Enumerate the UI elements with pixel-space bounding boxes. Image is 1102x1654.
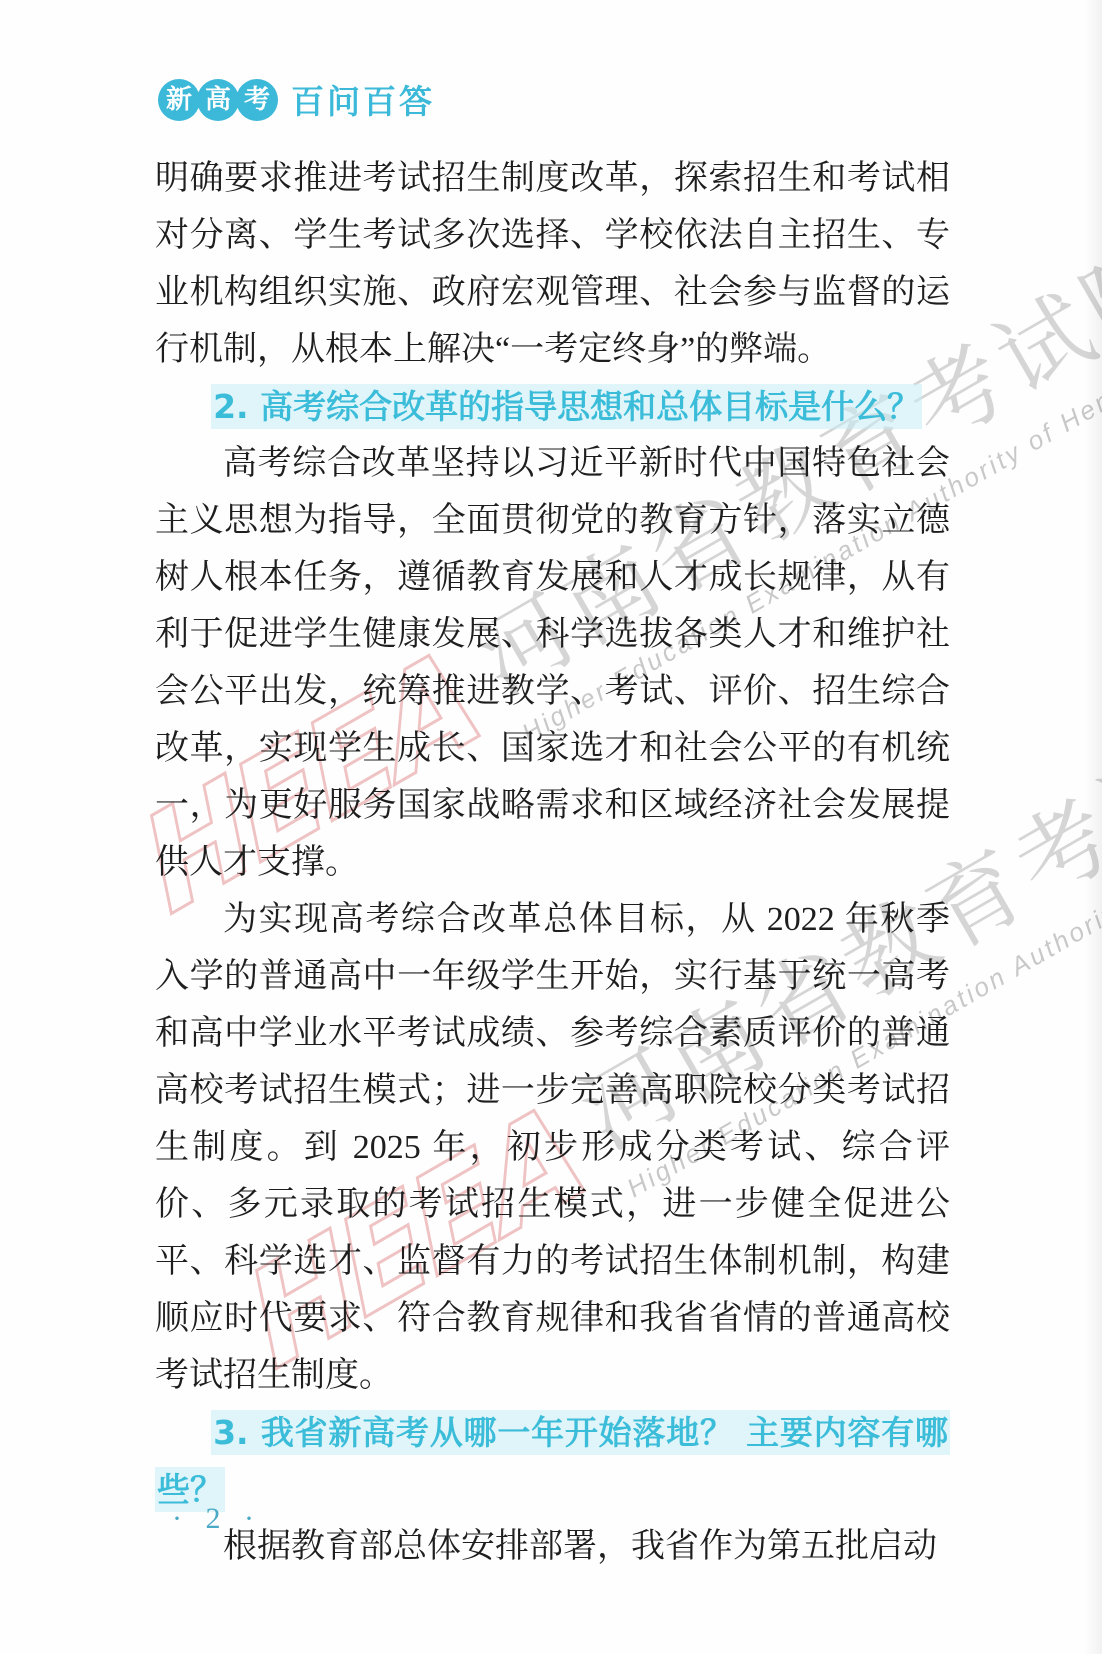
paragraph: 高考综合改革坚持以习近平新时代中国特色社会主义思想为指导，全面贯彻党的教育方针，…: [155, 435, 950, 891]
question-heading-3: 3. 我省新高考从哪一年开始落地？ 主要内容有哪些？: [155, 1404, 950, 1518]
series-title: 百问百答: [291, 76, 435, 123]
page-body: 明确要求推进考试招生制度改革，探索招生和考试相对分离、学生考试多次选择、学校依法…: [155, 150, 950, 1575]
page-number: · 2 ·: [172, 1502, 262, 1536]
paragraph-continued: 明确要求推进考试招生制度改革，探索招生和考试相对分离、学生考试多次选择、学校依法…: [155, 150, 950, 378]
book-page: HEEA 河南省教育考试院 Higher Education Examinati…: [0, 0, 1102, 1654]
logo-badge-kao: 考: [236, 79, 278, 121]
question-heading-2: 2. 高考综合改革的指导思想和总体目标是什么？: [155, 378, 950, 435]
question-heading-3-text: 3. 我省新高考从哪一年开始落地？ 主要内容有哪些？: [155, 1410, 950, 1512]
logo-badge-gao: 高: [197, 79, 239, 121]
paragraph: 根据教育部总体安排部署，我省作为第五批启动: [155, 1518, 950, 1575]
series-logo: 新 高 考 百问百答: [158, 76, 435, 123]
logo-badge-xin: 新: [158, 79, 200, 121]
question-heading-2-text: 2. 高考综合改革的指导思想和总体目标是什么？: [211, 384, 922, 429]
paragraph: 为实现高考综合改革总体目标，从 2022 年秋季入学的普通高中一年级学生开始，实…: [155, 891, 950, 1404]
